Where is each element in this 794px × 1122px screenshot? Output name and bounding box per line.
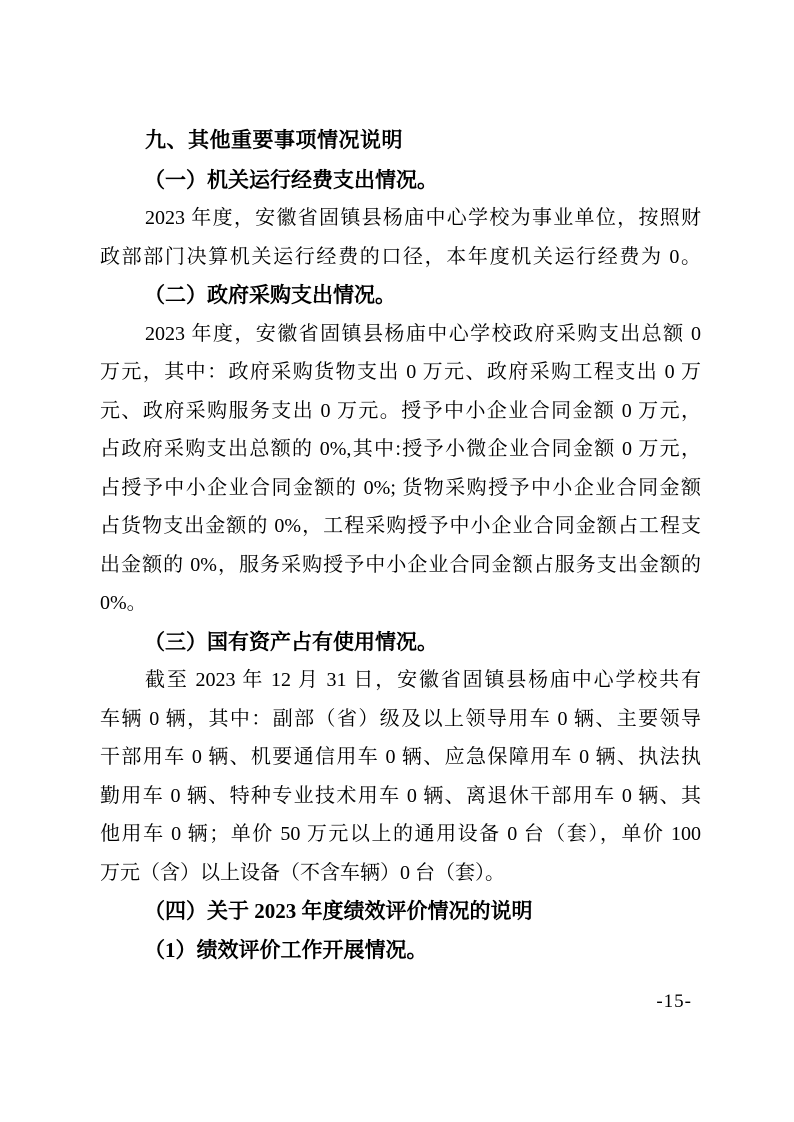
- paragraph-line: 0%。: [100, 584, 701, 623]
- chapter-title: 九、其他重要事项情况说明: [100, 122, 701, 161]
- document-content: 九、其他重要事项情况说明 （一）机关运行经费支出情况。 2023 年度，安徽省固…: [100, 122, 701, 969]
- page-number: -15-: [656, 990, 692, 1014]
- paragraph-line: 政部部门决算机关运行经费的口径，本年度机关运行经费为 0。: [100, 238, 701, 277]
- paragraph-line: 万元（含）以上设备（不含车辆）0 台（套）。: [100, 854, 701, 893]
- paragraph-line: 勤用车 0 辆、特种专业技术用车 0 辆、离退休干部用车 0 辆、其: [100, 777, 701, 816]
- section-heading-4: （四）关于 2023 年度绩效评价情况的说明: [100, 892, 701, 931]
- document-page: 九、其他重要事项情况说明 （一）机关运行经费支出情况。 2023 年度，安徽省固…: [0, 0, 794, 1122]
- paragraph-line: 他用车 0 辆；单价 50 万元以上的通用设备 0 台（套），单价 100: [100, 815, 701, 854]
- paragraph-line: 占授予中小企业合同金额的 0%; 货物采购授予中小企业合同金额: [100, 469, 701, 508]
- section-heading-3: （三）国有资产占有使用情况。: [100, 623, 701, 662]
- paragraph-line: 车辆 0 辆，其中：副部（省）级及以上领导用车 0 辆、主要领导: [100, 700, 701, 739]
- paragraph-line: 元、政府采购服务支出 0 万元。授予中小企业合同金额 0 万元，: [100, 392, 701, 431]
- paragraph-line: 万元，其中：政府采购货物支出 0 万元、政府采购工程支出 0 万: [100, 353, 701, 392]
- paragraph-line: 2023 年度，安徽省固镇县杨庙中心学校为事业单位，按照财: [100, 199, 701, 238]
- paragraph-line: 占政府采购支出总额的 0%,其中:授予小微企业合同金额 0 万元，: [100, 430, 701, 469]
- paragraph-line: 占货物支出金额的 0%，工程采购授予中小企业合同金额占工程支: [100, 507, 701, 546]
- section-heading-1: （一）机关运行经费支出情况。: [100, 161, 701, 200]
- section-heading-5: （1）绩效评价工作开展情况。: [100, 931, 701, 970]
- paragraph-line: 2023 年度，安徽省固镇县杨庙中心学校政府采购支出总额 0: [100, 315, 701, 354]
- paragraph-line: 干部用车 0 辆、机要通信用车 0 辆、应急保障用车 0 辆、执法执: [100, 738, 701, 777]
- paragraph-line: 截至 2023 年 12 月 31 日，安徽省固镇县杨庙中心学校共有: [100, 661, 701, 700]
- paragraph-line: 出金额的 0%，服务采购授予中小企业合同金额占服务支出金额的: [100, 546, 701, 585]
- section-heading-2: （二）政府采购支出情况。: [100, 276, 701, 315]
